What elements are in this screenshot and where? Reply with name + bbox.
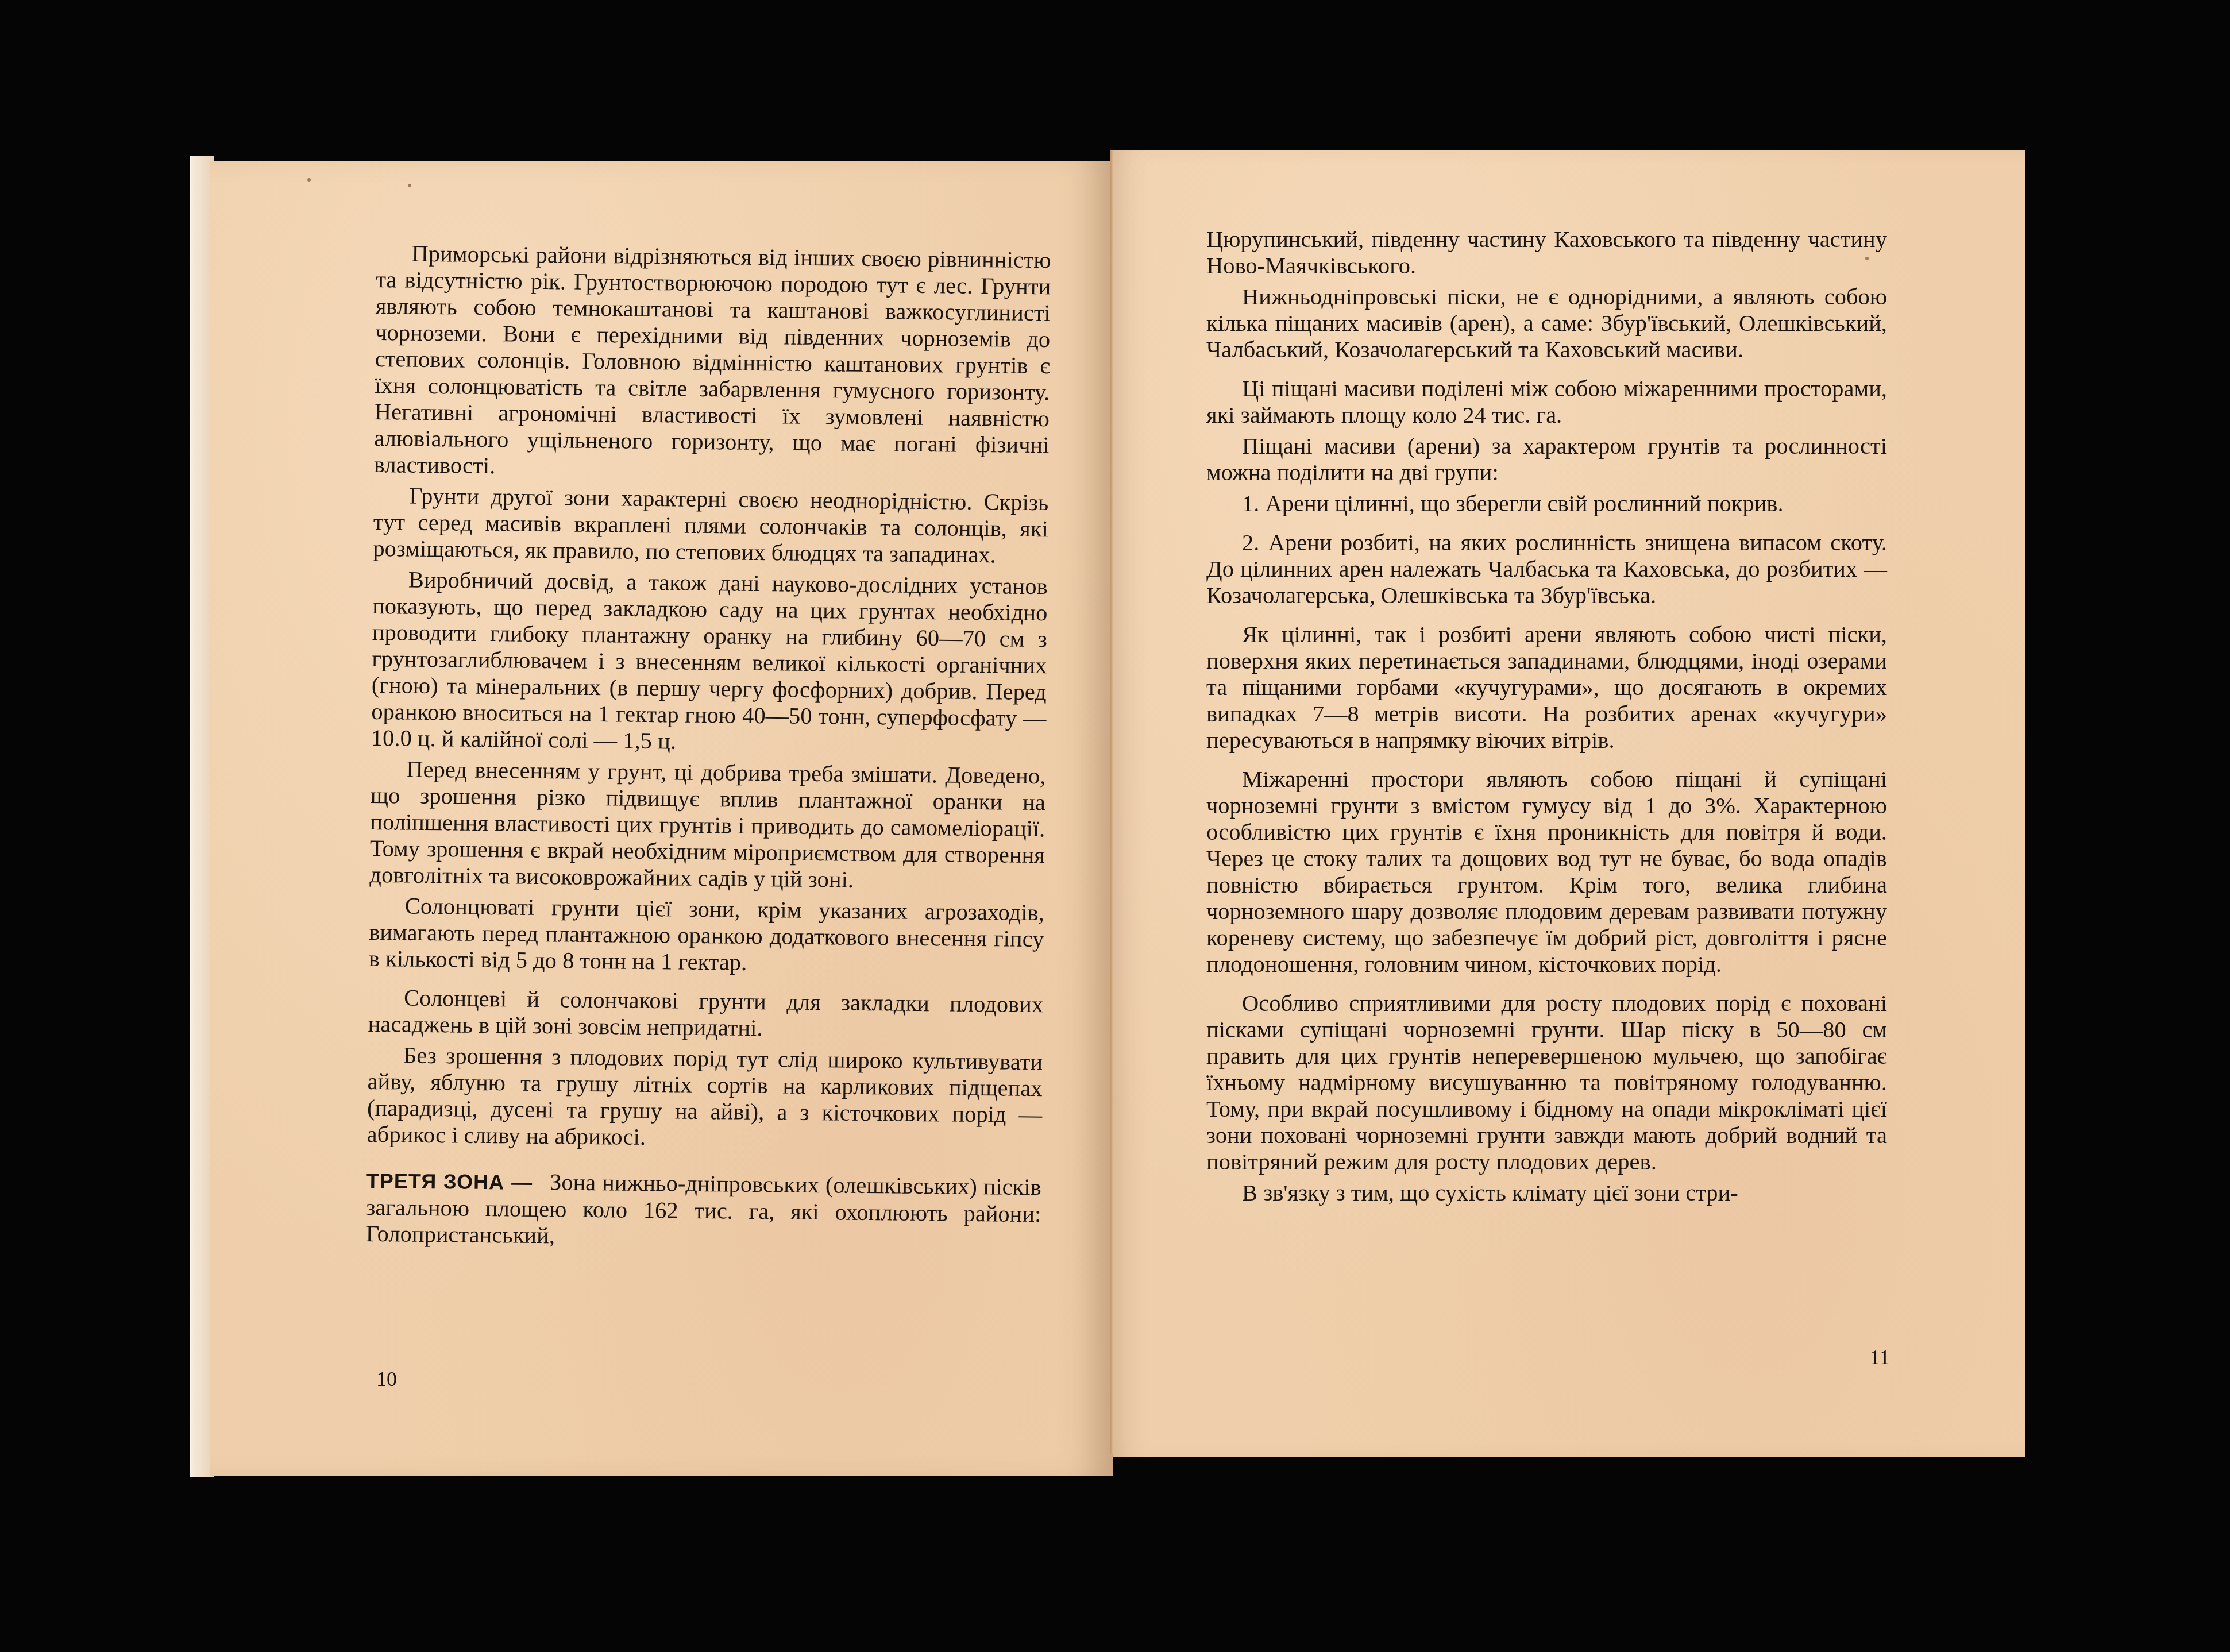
list-item: 2. Арени розбиті, на яких рослинність зн… [1206, 530, 1887, 609]
page-number-right: 11 [1870, 1345, 1890, 1369]
list-item: 1. Арени цілинні, що зберегли свій росли… [1206, 491, 1887, 517]
book-spread: Приморські райони відрізняються від інши… [0, 0, 2230, 1652]
paragraph: Цюрупинський, південну частину Каховсько… [1206, 226, 1887, 279]
paragraph: Виробничий досвід, а також дані науково-… [371, 566, 1048, 758]
paragraph: Міжаренні простори являють собою піщані … [1206, 766, 1887, 978]
paragraph: В зв'язку з тим, що сухість клімату цієї… [1206, 1180, 1887, 1206]
paragraph: Без зрошення з плодових порід тут слід ш… [366, 1042, 1043, 1155]
paragraph: Нижньодніпровські піски, не є однорідним… [1206, 284, 1887, 363]
paragraph: Грунти другої зони характерні своєю неод… [373, 483, 1048, 569]
paper-speck [1865, 257, 1869, 260]
paragraph: Як цілинні, так і розбиті арени являють … [1206, 622, 1887, 754]
section-third-zone: ТРЕТЯ ЗОНА —Зона нижньо-дніпровських (ол… [366, 1167, 1041, 1254]
right-page-text: Цюрупинський, південну частину Каховсько… [1206, 226, 1887, 1211]
paper-speck [307, 178, 311, 182]
page-number-left: 10 [376, 1367, 397, 1391]
paragraph: Солонцюваті грунти цієї зони, крім указа… [369, 893, 1044, 979]
paragraph: Перед внесенням у грунт, ці добрива треб… [369, 756, 1045, 895]
paragraph: Піщані масиви (арени) за характером грун… [1206, 433, 1887, 486]
left-page-text: Приморські райони відрізняються від інши… [366, 240, 1051, 1259]
right-page: Цюрупинський, південну частину Каховсько… [1113, 150, 2025, 1457]
section-heading: ТРЕТЯ ЗОНА — [366, 1169, 533, 1194]
paragraph: Солонцеві й солончакові грунти для закла… [368, 985, 1043, 1044]
paper-speck [408, 184, 411, 187]
paragraph: Приморські райони відрізняються від інши… [374, 240, 1051, 485]
paragraph: Особливо сприятливими для росту плодових… [1206, 990, 1887, 1175]
paragraph: Ці піщані масиви поділені між собою міжа… [1206, 376, 1887, 429]
left-page: Приморські райони відрізняються від інши… [210, 161, 1113, 1476]
